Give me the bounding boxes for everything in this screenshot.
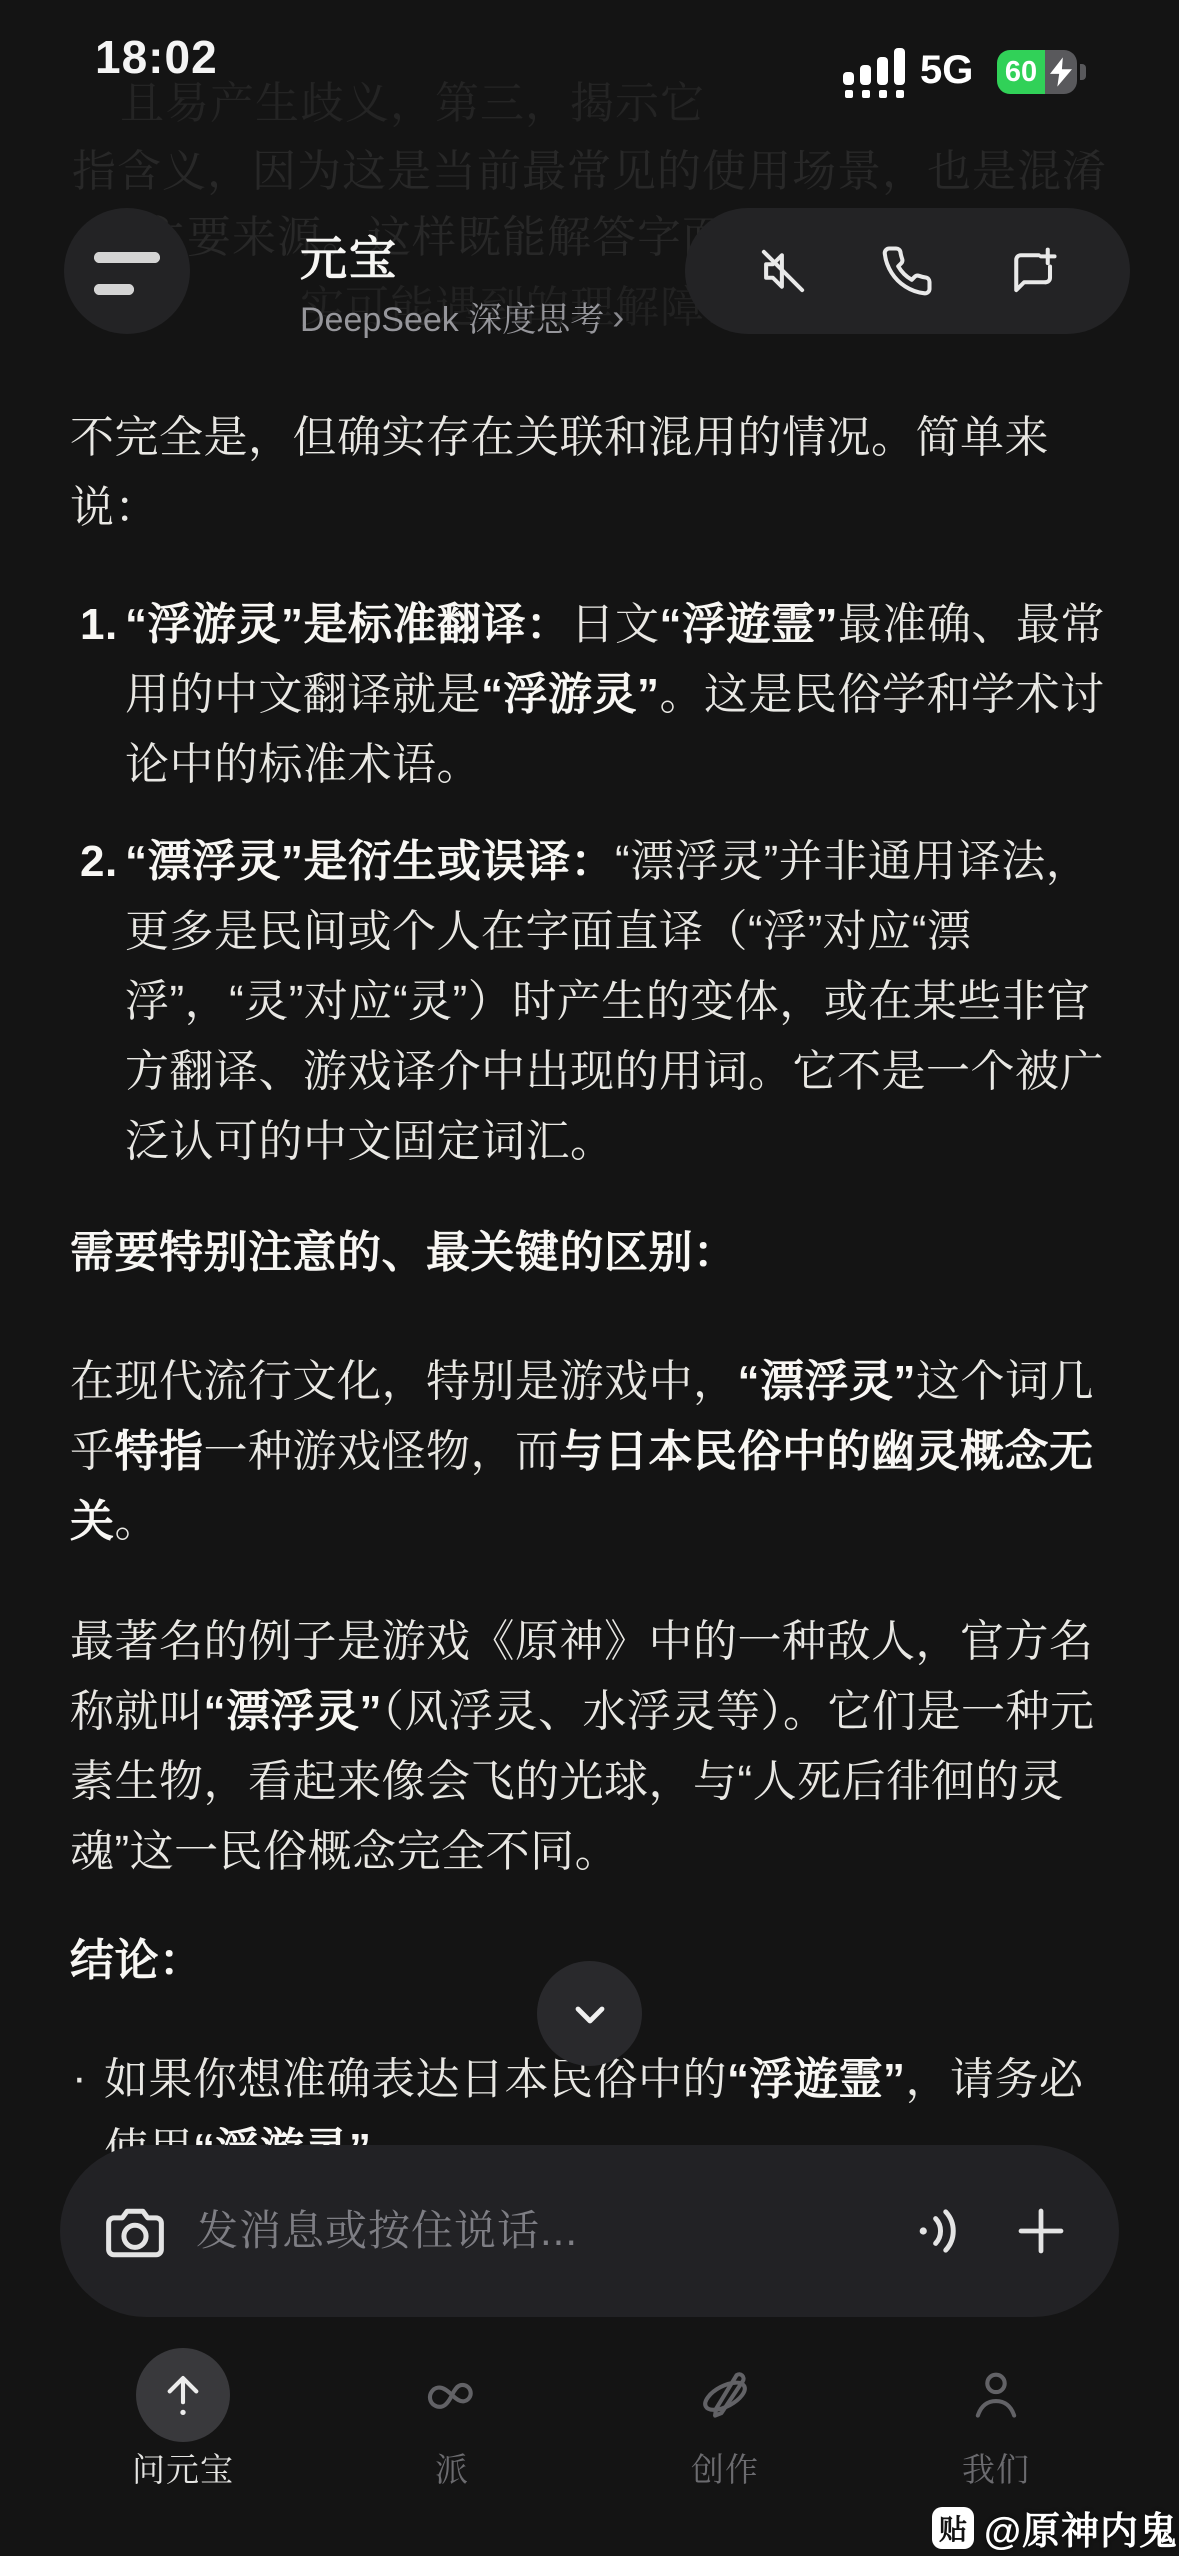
camera-icon: [102, 2202, 168, 2260]
message-input[interactable]: [194, 2206, 909, 2256]
clock-time: 18:02: [95, 30, 218, 84]
watermark-text: @原神内鬼吧: [984, 2500, 1179, 2555]
voice-input-button[interactable]: [909, 2201, 969, 2261]
quill-icon: [696, 2366, 754, 2424]
header-actions: [685, 208, 1130, 334]
watermark: 贴 @原神内鬼吧: [932, 2500, 1179, 2555]
page-title: 元宝: [300, 222, 398, 289]
camera-button[interactable]: [100, 2200, 170, 2262]
tab-label: 我们: [962, 2444, 1030, 2491]
tab-pai[interactable]: 派: [342, 2340, 562, 2491]
bullet-marker: ·: [72, 2043, 87, 2113]
battery-percent: 60: [997, 50, 1045, 94]
voice-wave-icon: [912, 2204, 966, 2258]
app-screen: 且易产生歧义，第三，揭示它 指含义，因为这是当前最常见的使用场景，也是混淆 主要…: [0, 0, 1179, 2556]
message-paragraph: 在现代流行文化，特别是游戏中，“漂浮灵”这个词几乎特指一种游戏怪物，而与日本民俗…: [70, 1347, 1112, 1557]
menu-button[interactable]: [64, 208, 190, 334]
phone-icon: [880, 244, 934, 298]
tab-us[interactable]: 我们: [886, 2340, 1106, 2491]
model-selector[interactable]: DeepSeek 深度思考 ›: [300, 292, 624, 341]
tab-label: 创作: [691, 2444, 759, 2491]
chevron-down-icon: [566, 1990, 614, 2038]
tab-label: 派: [435, 2444, 469, 2491]
tab-ask-yuanbao[interactable]: 问元宝: [73, 2340, 293, 2491]
arrow-up-icon: [154, 2366, 212, 2424]
infinity-icon: [418, 2361, 485, 2428]
message-list-item: 2.“漂浮灵”是衍生或误译：“漂浮灵”并非通用译法，更多是民间或个人在字面直译（…: [80, 827, 1112, 1177]
tieba-badge-icon: 贴: [932, 2507, 974, 2549]
signal-strength-icon: [843, 50, 905, 98]
list-number: 1.: [80, 590, 118, 660]
message-paragraph: 不完全是，但确实存在关联和混用的情况。简单来说：: [70, 403, 1112, 543]
speaker-muted-icon: [756, 244, 810, 298]
battery-cap: [1080, 64, 1086, 80]
message-heading: 需要特别注意的、最关键的区别：: [70, 1218, 1112, 1288]
tab-label: 问元宝: [132, 2444, 234, 2491]
new-chat-icon: [1005, 244, 1059, 298]
message-list-item: 1.“浮游灵”是标准翻译：日文“浮遊霊”最准确、最常用的中文翻译就是“浮游灵”。…: [80, 590, 1112, 800]
message-input-bar: [60, 2145, 1119, 2317]
network-type: 5G: [920, 48, 973, 93]
battery-indicator: 60: [997, 50, 1077, 94]
attach-button[interactable]: [1009, 2199, 1073, 2263]
person-icon: [967, 2366, 1025, 2424]
tab-bar: 问元宝 派 创作: [0, 2340, 1179, 2500]
mute-button[interactable]: [755, 243, 811, 299]
message-paragraph: 最著名的例子是游戏《原神》中的一种敌人，官方名称就叫“漂浮灵”（风浮灵、水浮灵等…: [70, 1607, 1112, 1887]
plus-icon: [1011, 2201, 1071, 2261]
chevron-right-icon: ›: [612, 296, 624, 338]
model-selector-label: DeepSeek 深度思考: [300, 292, 604, 341]
tab-create[interactable]: 创作: [615, 2340, 835, 2491]
call-button[interactable]: [879, 243, 935, 299]
charging-bolt-icon: [1045, 50, 1077, 94]
list-number: 2.: [80, 827, 118, 897]
scroll-to-bottom-button[interactable]: [537, 1961, 642, 2066]
new-chat-button[interactable]: [1004, 243, 1060, 299]
status-bar: 18:02 5G 60: [0, 0, 1179, 110]
